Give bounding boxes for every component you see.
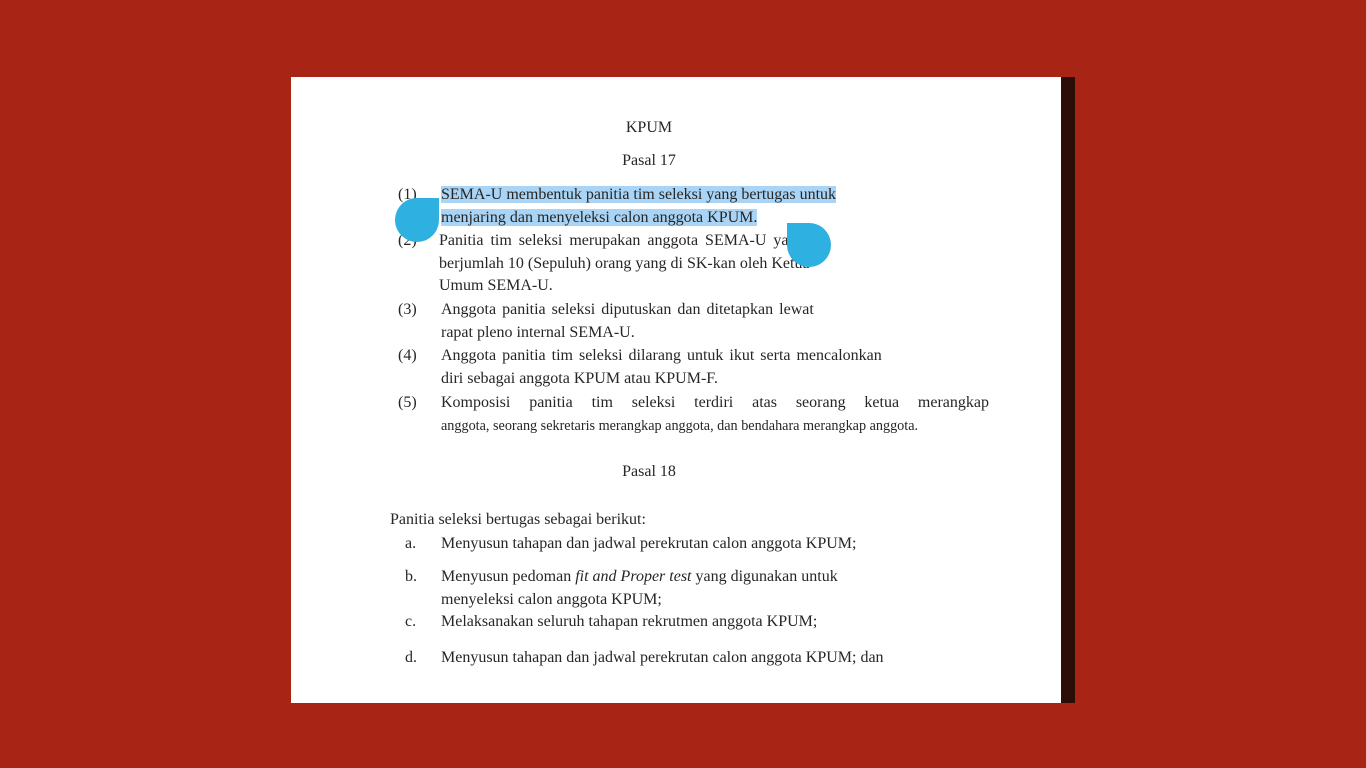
item-3-number: (3): [398, 300, 417, 320]
selection-start-handle[interactable]: [395, 198, 439, 242]
item-1-line-2[interactable]: menjaring dan menyeleksi calon anggota K…: [441, 208, 757, 228]
item-a-letter: a.: [405, 534, 416, 554]
item-3-line-2: rapat pleno internal SEMA-U.: [441, 323, 635, 343]
item-c-text: Melaksanakan seluruh tahapan rekrutmen a…: [441, 612, 817, 632]
highlighted-text[interactable]: menjaring dan menyeleksi calon anggota K…: [441, 209, 757, 226]
document-title: KPUM: [291, 119, 1007, 137]
item-d-letter: d.: [405, 648, 417, 668]
item-4-line-1: Anggota panitia tim seleksi dilarang unt…: [441, 346, 882, 366]
item-2-line-3: Umum SEMA-U.: [439, 276, 553, 296]
item-4-line-2: diri sebagai anggota KPUM atau KPUM-F.: [441, 369, 718, 389]
item-b-line-2: menyeleksi calon anggota KPUM;: [441, 590, 662, 610]
selection-end-handle[interactable]: [787, 223, 831, 267]
item-4-number: (4): [398, 346, 417, 366]
item-2-line-1: Panitia tim seleksi merupakan anggota SE…: [439, 231, 804, 251]
item-b-letter: b.: [405, 567, 417, 587]
item-c-letter: c.: [405, 612, 416, 632]
pasal-17-heading: Pasal 17: [291, 152, 1007, 170]
item-b-text: Menyusun pedoman fit and Proper test yan…: [441, 567, 838, 587]
item-d-text: Menyusun tahapan dan jadwal perekrutan c…: [441, 648, 884, 668]
item-a-text: Menyusun tahapan dan jadwal perekrutan c…: [441, 534, 856, 554]
page-edge-shadow: [1061, 77, 1075, 703]
document-page: KPUM Pasal 17 (1) SEMA-U membentuk panit…: [291, 77, 1061, 703]
highlighted-text[interactable]: SEMA-U membentuk panitia tim seleksi yan…: [441, 186, 836, 203]
item-1-line-1[interactable]: SEMA-U membentuk panitia tim seleksi yan…: [441, 185, 836, 205]
item-3-line-1: Anggota panitia seleksi diputuskan dan d…: [441, 300, 814, 320]
item-5-number: (5): [398, 393, 417, 413]
item-2-line-2: berjumlah 10 (Sepuluh) orang yang di SK-…: [439, 254, 810, 274]
item-5-line-1: Komposisi panitia tim seleksi terdiri at…: [441, 393, 989, 413]
pasal-18-heading: Pasal 18: [291, 463, 1007, 481]
pasal-18-intro: Panitia seleksi bertugas sebagai berikut…: [390, 510, 646, 530]
item-5-line-2: anggota, seorang sekretaris merangkap an…: [441, 416, 918, 436]
